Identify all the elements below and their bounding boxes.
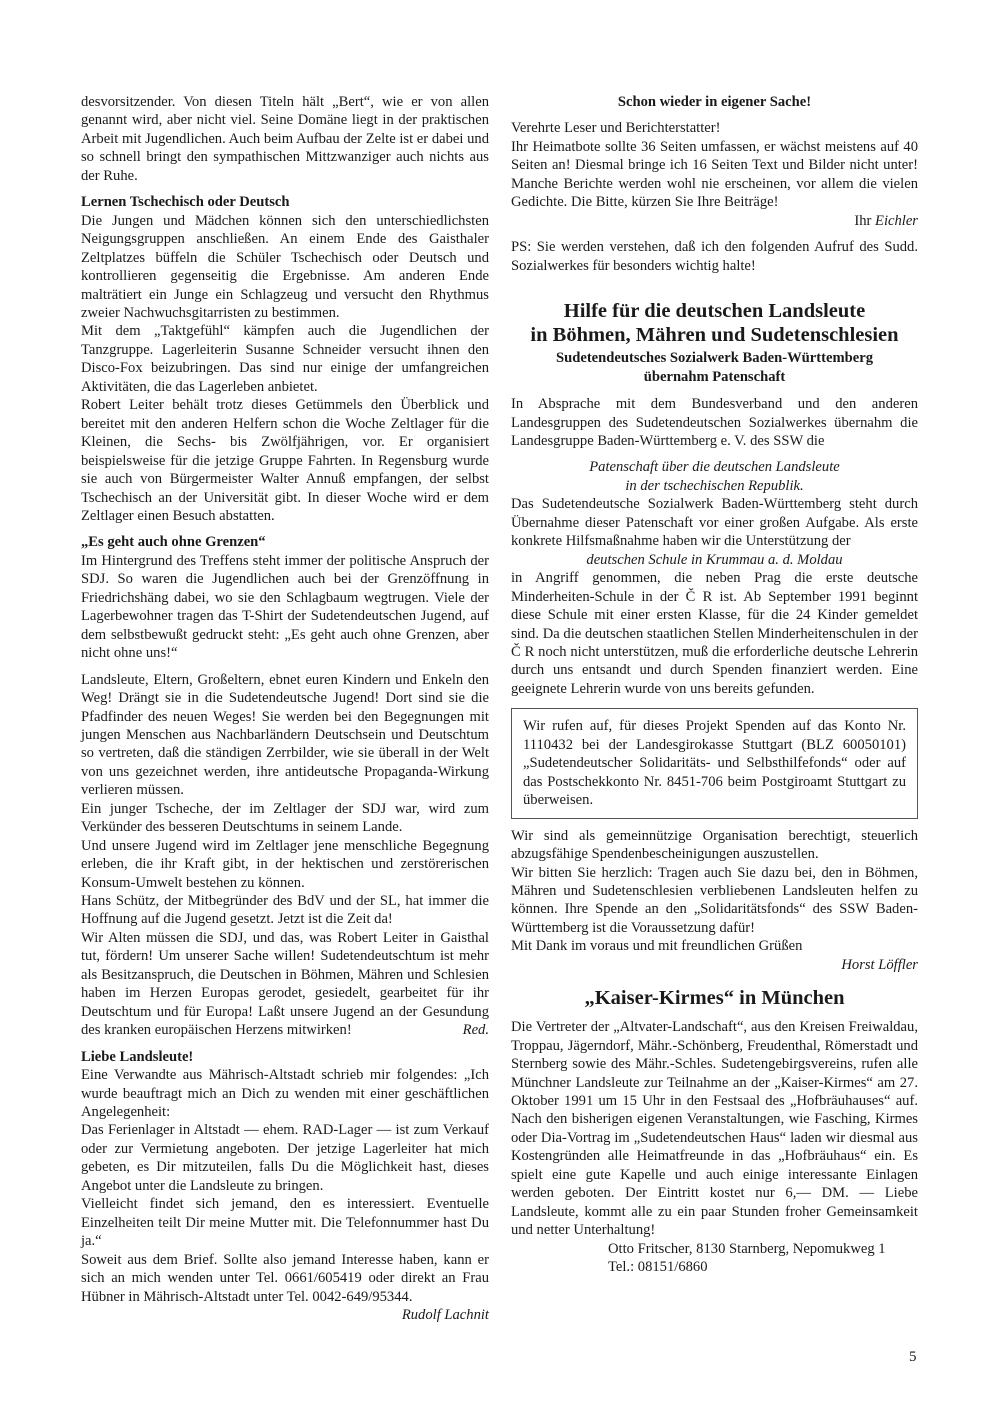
notice-signature: Ihr Eichler [511,212,918,230]
section-heading: Liebe Landsleute! [81,1048,489,1066]
paragraph: Eine Verwandte aus Mährisch-Altstadt sch… [81,1066,489,1121]
donation-text: Wir rufen auf, für dieses Projekt Spende… [523,717,906,809]
section-lernen: Lernen Tschechisch oder Deutsch Die Jung… [81,193,489,525]
kirmes-article: „Kaiser-Kirmes“ in München Die Vertreter… [511,986,918,1276]
paragraph: in Angriff genommen, die neben Prag die … [511,569,918,698]
kirmes-title: „Kaiser-Kirmes“ in München [511,986,918,1010]
signature-lachnit: Rudolf Lachnit [81,1306,489,1324]
notice-body: Ihr Heimatbote sollte 36 Seiten umfassen… [511,138,918,212]
notice-salutation: Verehrte Leser und Berichterstatter! [511,119,918,137]
paragraph: Vielleicht findet sich jemand, den es in… [81,1195,489,1250]
address-line1: Otto Fritscher, 8130 Starnberg, Nepomukw… [608,1240,918,1258]
article-title-line1: Hilfe für die deutschen Landsleute [511,299,918,323]
signature-prefix: Ihr [854,213,871,229]
paragraph: Das Sudetendeutsche Sozialwerk Baden-Wür… [511,495,918,550]
paragraph: In Absprache mit dem Bundesverband und d… [511,395,918,450]
highlight-patenschaft-line1: Patenschaft über die deutschen Landsleut… [511,458,918,476]
highlight-schule: deutschen Schule in Krummau a. d. Moldau [511,551,918,569]
paragraph: Robert Leiter behält trotz dieses Getümm… [81,396,489,525]
paragraph: Hans Schütz, der Mitbegründer des BdV un… [81,892,489,929]
paragraph: Landsleute, Eltern, Großeltern, ebnet eu… [81,671,489,800]
signature-loeffler: Horst Löffler [511,956,918,974]
notice-heading: Schon wieder in eigener Sache! [511,93,918,111]
paragraph: Die Jungen und Mädchen können sich den u… [81,212,489,323]
paragraph: Und unsere Jugend wird im Zeltlager jene… [81,837,489,892]
paragraph: Das Ferienlager in Altstadt — ehem. RAD-… [81,1121,489,1195]
article-intro-text: desvorsitzender. Von diesen Titeln hält … [81,93,489,185]
paragraph: Ein junger Tscheche, der im Zeltlager de… [81,800,489,837]
donation-box: Wir rufen auf, für dieses Projekt Spende… [511,708,918,818]
paragraph: Wir sind als gemeinnützige Organisation … [511,827,918,864]
section-liebe-landsleute: Liebe Landsleute! Eine Verwandte aus Mäh… [81,1048,489,1325]
editor-notice: Schon wieder in eigener Sache! Verehrte … [511,93,918,275]
appeal-article: Hilfe für die deutschen Landsleute in Bö… [511,299,918,974]
address-line2: Tel.: 08151/6860 [608,1258,918,1276]
paragraph: Soweit aus dem Brief. Sollte also jemand… [81,1251,489,1306]
article-subtitle-line2: übernahm Patenschaft [511,368,918,387]
right-column: Schon wieder in eigener Sache! Verehrte … [511,93,918,1277]
closing: Mit Dank im voraus und mit freundlichen … [511,937,918,955]
paragraph: Im Hintergrund des Treffens steht immer … [81,552,489,663]
section-heading: „Es geht auch ohne Grenzen“ [81,533,489,551]
notice-ps: PS: Sie werden verstehen, daß ich den fo… [511,238,918,275]
highlight-patenschaft-line2: in der tschechischen Republik. [511,477,918,495]
section-heading: Lernen Tschechisch oder Deutsch [81,193,489,211]
page-number: 5 [909,1348,917,1366]
kirmes-body: Die Vertreter der „Altvater-Landschaft“,… [511,1018,918,1239]
article-subtitle-line1: Sudetendeutsches Sozialwerk Baden-Württe… [511,349,918,368]
paragraph: Mit dem „Taktgefühl“ kämpfen auch die Ju… [81,322,489,396]
section-appeal-landsleute: Landsleute, Eltern, Großeltern, ebnet eu… [81,671,489,1040]
paragraph: Wir bitten Sie herzlich: Tragen auch Sie… [511,864,918,938]
left-column: desvorsitzender. Von diesen Titeln hält … [81,93,489,1324]
section-grenzen: „Es geht auch ohne Grenzen“ Im Hintergru… [81,533,489,662]
signature-name: Eichler [875,213,918,229]
article-title-line2: in Böhmen, Mähren und Sudetenschlesien [511,323,918,347]
